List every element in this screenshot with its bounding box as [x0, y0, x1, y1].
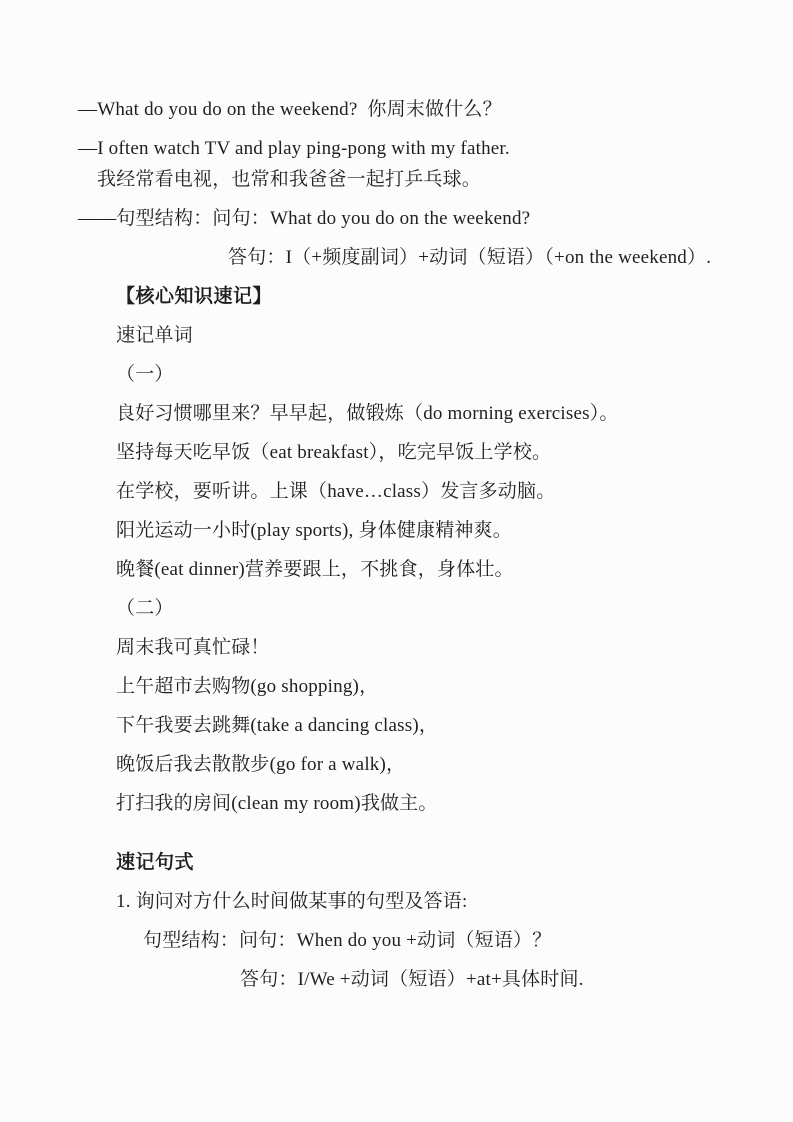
text-line: 阳光运动一小时(play sports), 身体健康精神爽。: [116, 519, 753, 543]
document-body: —What do you do on the weekend? 你周末做什么？—…: [0, 98, 793, 992]
text-line: 良好习惯哪里来？早早起，做锻炼（do morning exercises）。: [116, 402, 753, 426]
text-line: 我经常看电视，也常和我爸爸一起打乒乓球。: [97, 168, 753, 192]
document-page: —What do you do on the weekend? 你周末做什么？—…: [0, 0, 793, 1122]
text-line: 句型结构：问句：When do you +动词（短语）？: [143, 929, 753, 953]
text-line: —I often watch TV and play ping-pong wit…: [78, 137, 753, 161]
text-line: 打扫我的房间(clean my room)我做主。: [116, 792, 753, 816]
text-line: 速记句式: [116, 851, 753, 875]
text-line: 1. 询问对方什么时间做某事的句型及答语:: [116, 890, 753, 914]
text-line: 答句：I/We +动词（短语）+at+具体时间.: [240, 968, 753, 992]
text-line: 坚持每天吃早饭（eat breakfast），吃完早饭上学校。: [116, 441, 753, 465]
text-line: 下午我要去跳舞(take a dancing class)，: [116, 714, 753, 738]
text-line: —What do you do on the weekend? 你周末做什么？: [78, 98, 753, 122]
text-line: 晚饭后我去散散步(go for a walk)，: [116, 753, 753, 777]
text-line: 晚餐(eat dinner)营养要跟上，不挑食，身体壮。: [116, 558, 753, 582]
text-line: 答句：I（+频度副词）+动词（短语）（+on the weekend）.: [228, 246, 753, 270]
text-line: 速记单词: [116, 324, 753, 348]
text-line: 在学校，要听讲。上课（have…class）发言多动脑。: [116, 480, 753, 504]
text-line: 周末我可真忙碌！: [116, 636, 753, 660]
text-line: ——句型结构：问句：What do you do on the weekend?: [78, 207, 753, 231]
text-line: （一）: [116, 363, 753, 387]
text-line: 上午超市去购物(go shopping)，: [116, 675, 753, 699]
text-line: 【核心知识速记】: [116, 285, 753, 309]
text-line: （二）: [116, 597, 753, 621]
